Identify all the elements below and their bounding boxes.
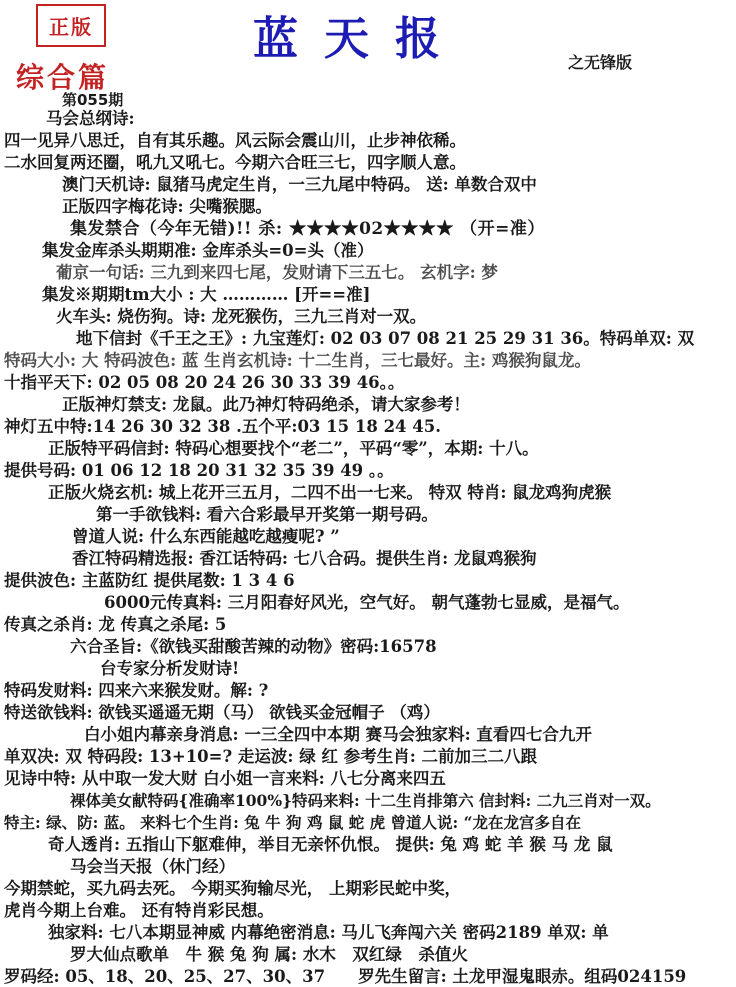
text-line: 马会总纲诗: [4, 108, 734, 130]
text-line: 罗码经: 05、18、20、25、27、30、37 罗先生留言: 土龙甲湿鬼眼赤… [4, 966, 734, 987]
text-line: 十指平天下: 02 05 08 20 24 26 30 33 39 46。。 [4, 372, 734, 394]
text-line: 澳门天机诗: 鼠猪马虎定生肖，一三九尾中特码。 送: 单数合双中 [4, 174, 734, 196]
text-line: 正版神灯禁支: 龙鼠。此乃神灯特码绝杀，请大家参考！ [4, 394, 734, 416]
text-line: 传真之杀肖: 龙 传真之杀尾: 5 [4, 614, 734, 636]
text-line: 特送欲钱料: 欲钱买遥遥无期（马） 欲钱买金冠帽子 （鸡） [4, 702, 734, 724]
text-line: 四一见异八思迁，自有其乐趣。风云际会震山川，止步神依稀。 [4, 130, 734, 152]
text-line: 马会当天报（休门经） [4, 856, 734, 878]
text-line: 台专家分析发财诗! [4, 658, 734, 680]
text-line: 二水回复两还圈，吼九又吼七。今期六合旺三七，四字顺人意。 [4, 152, 734, 174]
text-line: 提供波色: 主蓝防红 提供尾数: 1 3 4 6 [4, 570, 734, 592]
text-line: 裸体美女献特码{准确率100%}特码来料: 十二生肖排第六 信封料: 二九三肖对… [4, 790, 734, 812]
edition-label: 之无锋版 [568, 50, 632, 73]
text-line: 特码发财料: 四来六来猴发财。解: ? [4, 680, 734, 702]
text-line: 6000元传真料: 三月阳春好风光，空气好。 朝气蓬勃七显威，是福气。 [4, 592, 734, 614]
text-line: 正版特平码信封: 特码心想要找个“老二”，平码“零”，本期: 十八。 [4, 438, 734, 460]
text-line: 奇人透肖: 五指山下躯难伸，举目无亲怀仇恨。 提供: 兔 鸡 蛇 羊 猴 马 龙… [4, 834, 734, 856]
text-line: 火车头: 烧伤狗。诗: 龙死猴伤，三九三肖对一双。 [4, 306, 734, 328]
text-line: 提供号码: 01 06 12 18 20 31 32 35 39 49 。。 [4, 460, 734, 482]
text-line: 六合圣旨:《欲钱买甜酸苦辣的动物》密码:16578 [4, 636, 734, 658]
text-line: 曾道人说: 什么东西能越吃越瘦呢? ” [4, 526, 734, 548]
text-line: 白小姐内幕亲身消息: 一三全四中本期 赛马会独家料: 直看四七合九开 [4, 724, 734, 746]
text-line: 特码大小: 大 特码波色: 蓝 生肖玄机诗: 十二生肖，三七最好。主: 鸡猴狗鼠… [4, 350, 734, 372]
text-line: 葡京一句话: 三九到来四七尾，发财请下三五七。 玄机字: 梦 [4, 262, 734, 284]
text-line: 虎肖今期上台难。 还有特肖彩民想。 [4, 900, 734, 922]
text-line: 见诗中特: 从中取一发大财 白小姐一言来料: 八七分离来四五 [4, 768, 734, 790]
text-line: 罗大仙点歌单 牛 猴 兔 狗 属: 水木 双红绿 杀值火 [4, 944, 734, 966]
text-line: 地下信封《千王之王》: 九宝莲灯: 02 03 07 08 21 25 29 3… [4, 328, 734, 350]
page-title: 蓝天报 [253, 2, 466, 67]
text-line: 今期禁蛇，买九码去死。 今期买狗输尽光， 上期彩民蛇中奖， [4, 878, 734, 900]
text-line: 集发※期期tm大小 : 大 ………… [开==准] [4, 284, 734, 306]
body-lines: 马会总纲诗:四一见异八思迁，自有其乐趣。风云际会震山川，止步神依稀。二水回复两还… [4, 108, 734, 987]
text-line: 香江特码精选报: 香江话特码: 七八合码。提供生肖: 龙鼠鸡猴狗 [4, 548, 734, 570]
text-line: 特主: 绿、防: 蓝。 来料七个生肖: 兔 牛 狗 鸡 鼠 蛇 虎 曾道人说: … [4, 812, 734, 834]
text-line: 正版火烧玄机: 城上花开三五月，二四不出一七来。 特双 特肖: 鼠龙鸡狗虎猴 [4, 482, 734, 504]
text-line: 神灯五中特:14 26 30 32 38 .五个平:03 15 18 24 45… [4, 416, 734, 438]
text-line: 第一手欲钱料: 看六合彩最早开奖第一期号码。 [4, 504, 734, 526]
text-line: 独家料: 七八本期显神威 内幕绝密消息: 马儿飞奔闯六关 密码2189 单双: … [4, 922, 734, 944]
issue-number: 第055期 [62, 89, 123, 110]
text-line: 集发禁合（今年无错)!! 杀: ★★★★02★★★★ （开=准） [4, 218, 734, 240]
text-line: 单双决: 双 特码段: 13+10=? 走运波: 绿 红 参考生肖: 二前加三二… [4, 746, 734, 768]
text-line: 集发金库杀头期期准: 金库杀头=0=头（准） [4, 240, 734, 262]
text-line: 正版四字梅花诗: 尖嘴猴腮。 [4, 196, 734, 218]
authentic-stamp: 正版 [36, 4, 106, 47]
